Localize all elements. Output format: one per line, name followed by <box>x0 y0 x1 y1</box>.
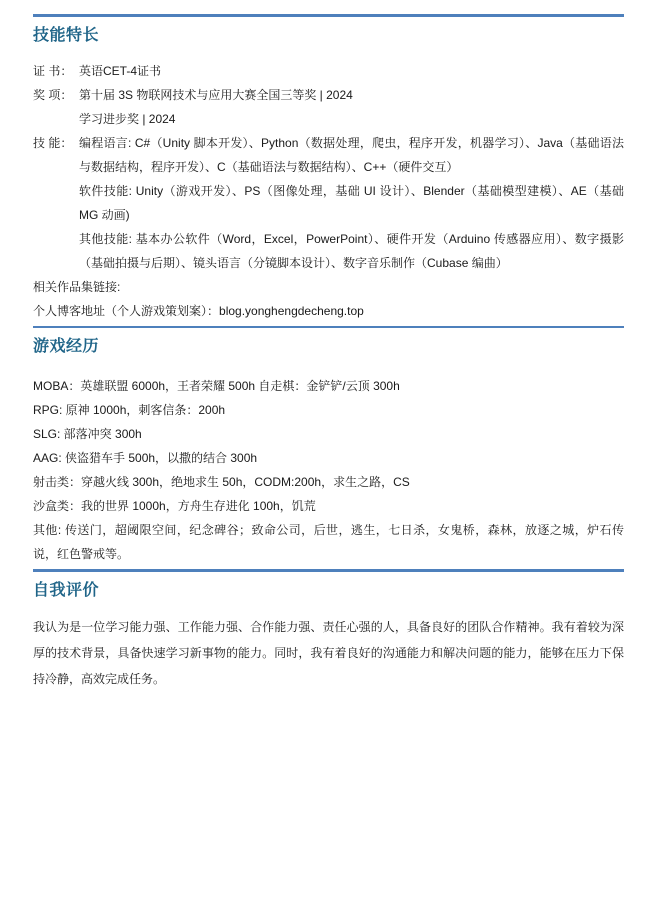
skill-item-software: 软件技能: Unity（游戏开发）、PS（图像处理，基础 UI 设计）、Blen… <box>79 179 624 227</box>
certificate-row: 证 书： 英语CET-4证书 <box>33 59 624 83</box>
blog-prefix: 个人博客地址（个人游戏策划案）： <box>33 304 219 318</box>
section-self-evaluation: 自我评价 我认为是一位学习能力强、工作能力强、合作能力强、责任心强的人，具备良好… <box>33 569 624 692</box>
portfolio-links-label: 相关作品集链接: <box>33 275 624 299</box>
blog-line: 个人博客地址（个人游戏策划案）：blog.yonghengdecheng.top <box>33 299 624 323</box>
games-divider <box>33 326 624 329</box>
award-line: 第十届 3S 物联网技术与应用大赛全国三等奖 | 2024 <box>79 83 624 107</box>
certificate-label: 证 书： <box>33 59 72 83</box>
awards-row: 奖 项： 第十届 3S 物联网技术与应用大赛全国三等奖 | 2024 学习进步奖… <box>33 83 624 131</box>
games-section-title: 游戏经历 <box>33 334 624 360</box>
awards-label: 奖 项： <box>33 83 72 107</box>
evaluation-text: 我认为是一位学习能力强、工作能力强、合作能力强、责任心强的人，具备良好的团队合作… <box>33 614 624 692</box>
resume-page: 技能特长 证 书： 英语CET-4证书 奖 项： 第十届 3S 物联网技术与应用… <box>0 0 657 906</box>
game-line-aag: AAG: 侠盗猎车手 500h，以撒的结合 300h <box>33 446 624 470</box>
game-line-sandbox: 沙盒类：我的世界 1000h，方舟生存进化 100h，饥荒 <box>33 494 624 518</box>
skills-divider <box>33 14 624 17</box>
skills-rows: 证 书： 英语CET-4证书 奖 项： 第十届 3S 物联网技术与应用大赛全国三… <box>33 59 624 323</box>
evaluation-section-title: 自我评价 <box>33 578 624 604</box>
game-line-other: 其他: 传送门，超阈限空间，纪念碑谷；致命公司，后世，逃生，七日杀，女鬼桥，森林… <box>33 518 624 566</box>
award-line: 学习进步奖 | 2024 <box>79 107 624 131</box>
skill-item-other: 其他技能: 基本办公软件（Word，Excel，PowerPoint）、硬件开发… <box>79 227 624 275</box>
skill-item-programming: 编程语言: C#（Unity 脚本开发）、Python（数据处理，爬虫，程序开发… <box>79 131 624 179</box>
game-line-shooter: 射击类：穿越火线 300h，绝地求生 50h，CODM:200h，求生之路，CS <box>33 470 624 494</box>
evaluation-divider <box>33 569 624 572</box>
skills-section-title: 技能特长 <box>33 23 624 49</box>
skills-list-row: 技 能： 编程语言: C#（Unity 脚本开发）、Python（数据处理，爬虫… <box>33 131 624 275</box>
certificate-text: 英语CET-4证书 <box>79 64 161 78</box>
game-line-slg: SLG: 部落冲突 300h <box>33 422 624 446</box>
games-rows: MOBA：英雄联盟 6000h，王者荣耀 500h 自走棋：金铲铲/云顶 300… <box>33 374 624 566</box>
game-line-rpg: RPG: 原神 1000h，刺客信条：200h <box>33 398 624 422</box>
game-line-moba: MOBA：英雄联盟 6000h，王者荣耀 500h 自走棋：金铲铲/云顶 300… <box>33 374 624 398</box>
blog-url[interactable]: blog.yonghengdecheng.top <box>219 304 364 318</box>
section-skills: 技能特长 证 书： 英语CET-4证书 奖 项： 第十届 3S 物联网技术与应用… <box>33 14 624 323</box>
resume-content: 技能特长 证 书： 英语CET-4证书 奖 项： 第十届 3S 物联网技术与应用… <box>0 0 657 692</box>
skills-label: 技 能： <box>33 131 72 155</box>
section-games: 游戏经历 MOBA：英雄联盟 6000h，王者荣耀 500h 自走棋：金铲铲/云… <box>33 326 624 567</box>
